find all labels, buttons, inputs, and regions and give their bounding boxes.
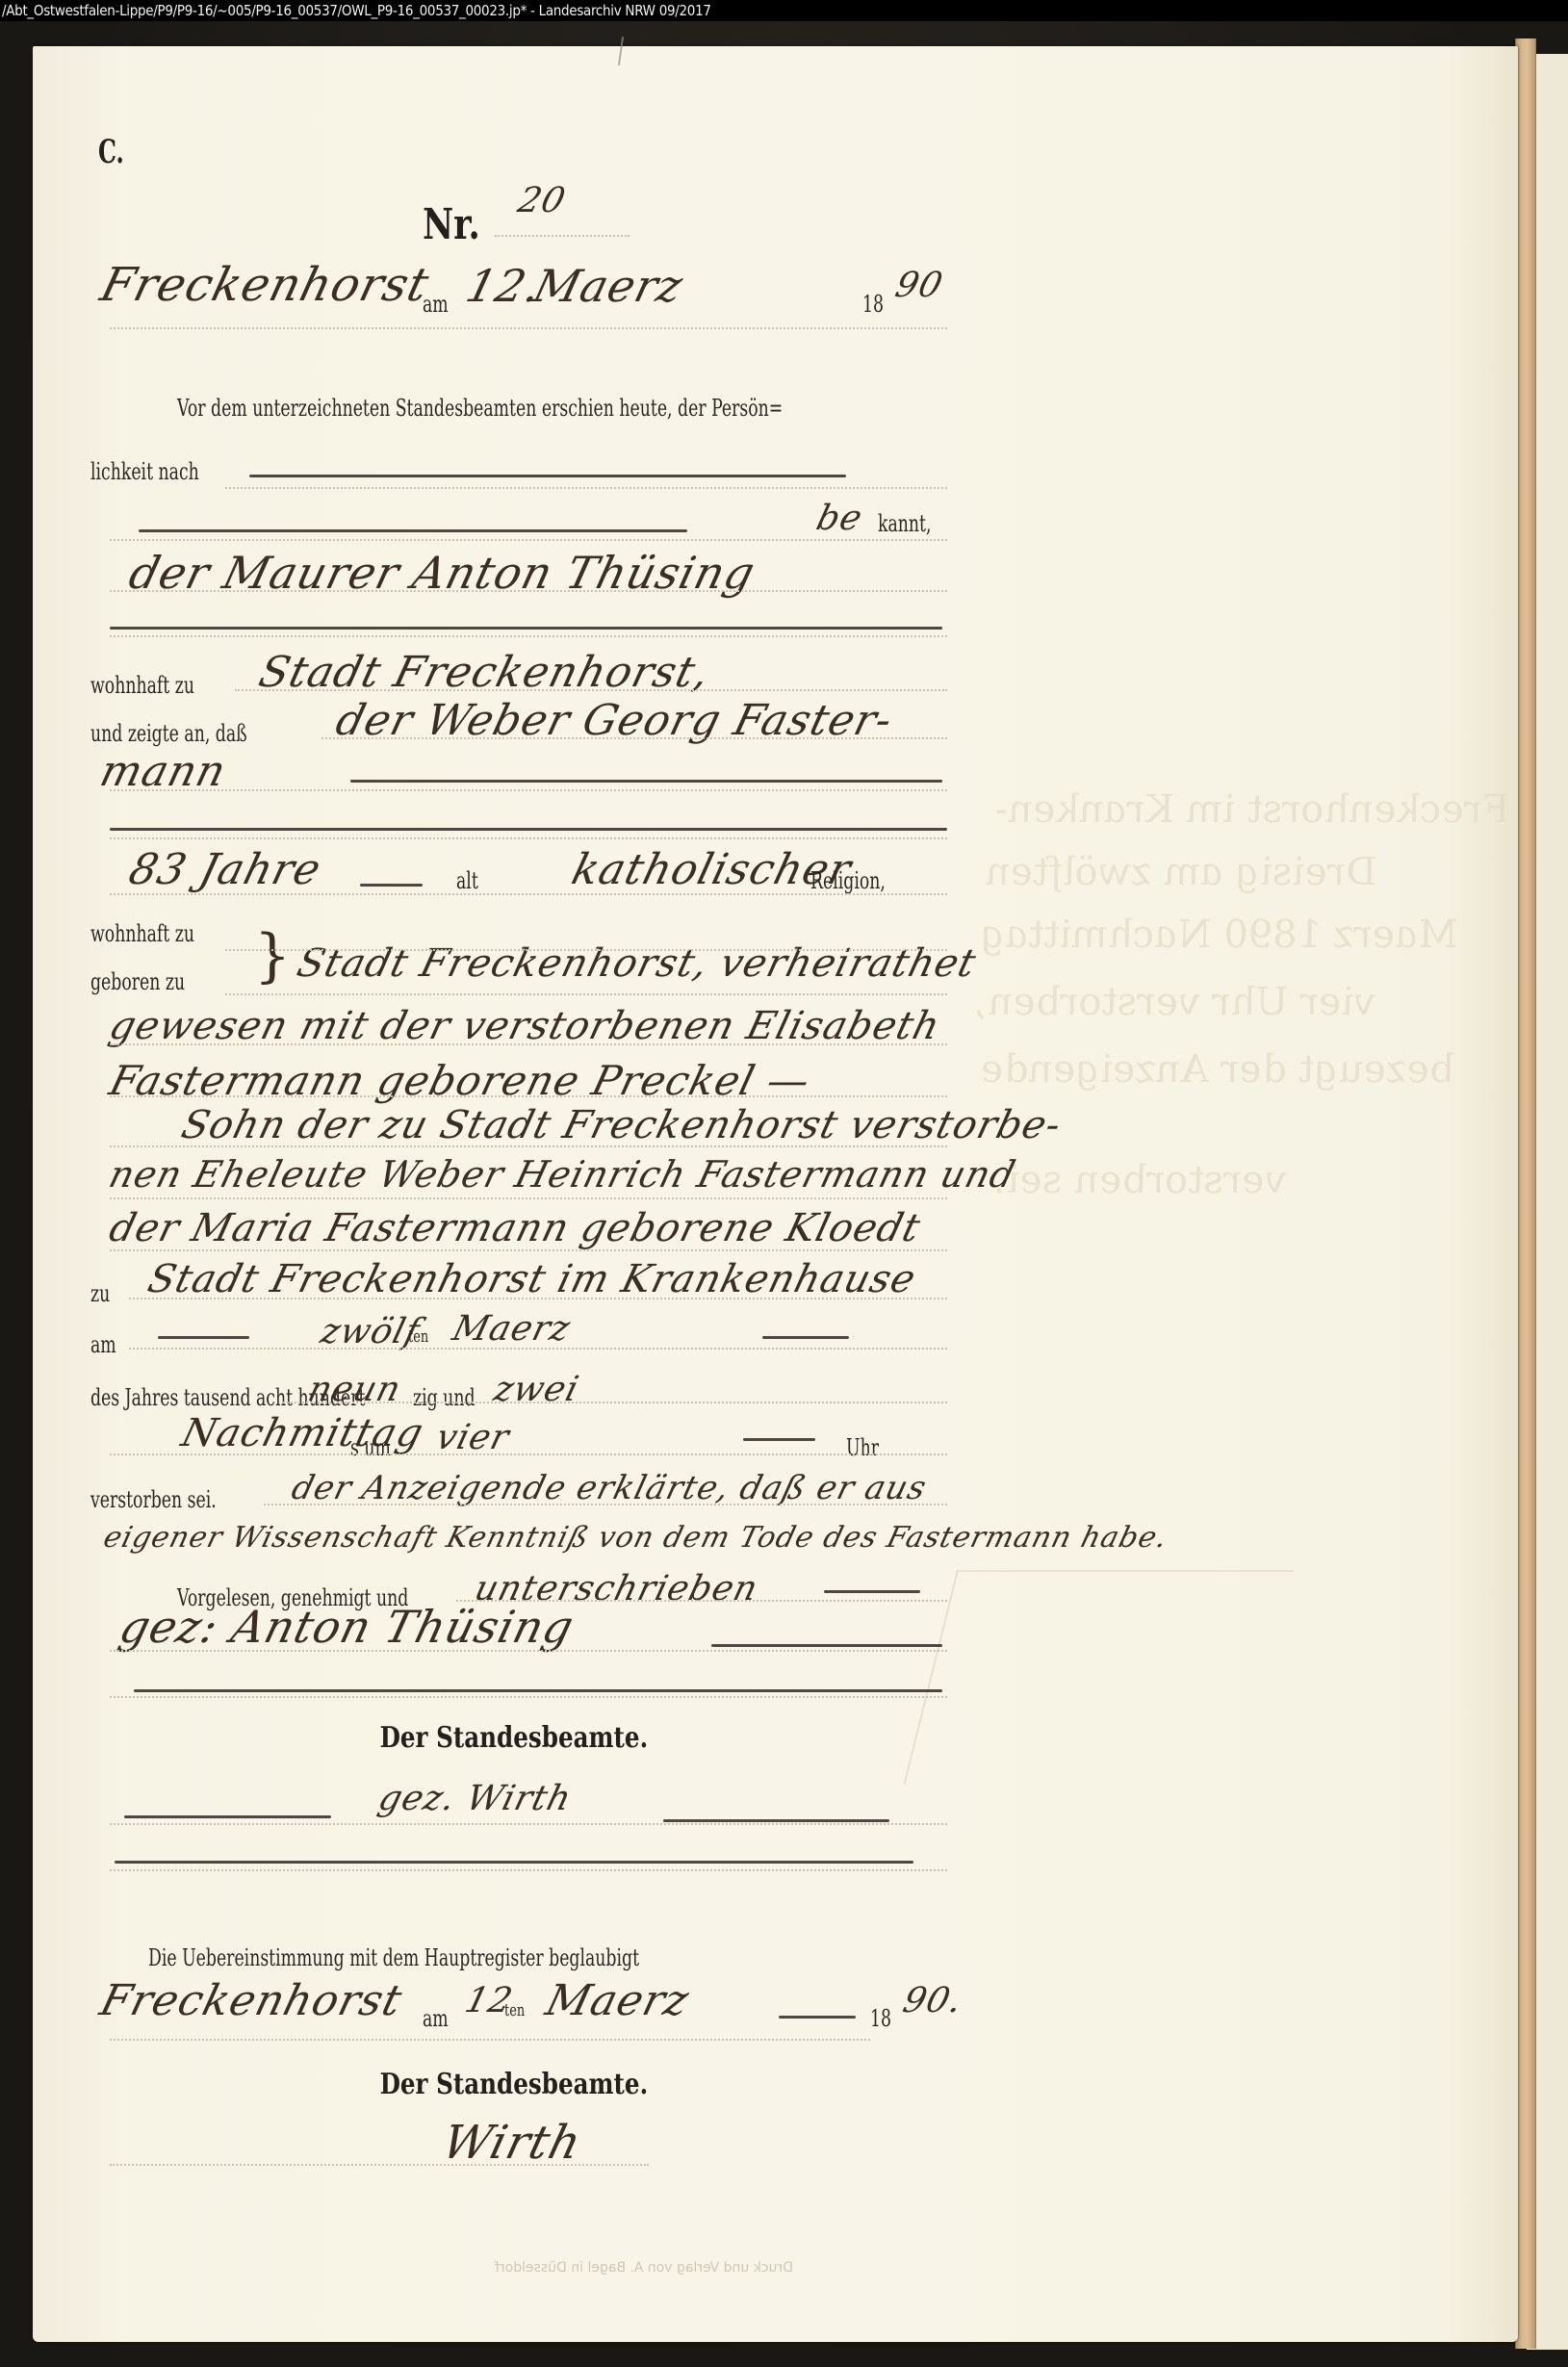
dotted-rule (225, 949, 947, 951)
dotted-rule (283, 1402, 947, 1403)
am-label: am (423, 291, 449, 318)
dotted-rule (110, 539, 947, 541)
window-title-bar: /Abt_Ostwestfalen-Lippe/P9/P9-16/~005/P9… (0, 0, 1568, 21)
uhr-label: Uhr (846, 1434, 879, 1461)
brace: } (254, 922, 292, 990)
deceased-born-label: geboren zu (90, 968, 185, 995)
window-title: /Abt_Ostwestfalen-Lippe/P9/P9-16/~005/P9… (2, 2, 711, 19)
filler-stroke (779, 2016, 856, 2019)
dotted-rule (110, 1197, 947, 1199)
remark-line-2: eigener Wissenschaft Kenntniß von dem To… (100, 1521, 1171, 1555)
certification-registrar-signature: Wirth (437, 2116, 587, 2170)
register-page: Freckenhorst im Kranken- Dreisig am zwöl… (33, 46, 1518, 2342)
death-am-label: am (90, 1331, 116, 1358)
dotted-rule (321, 737, 947, 739)
place-of-death: Stadt Freckenhorst im Krankenhause (143, 1257, 920, 1301)
filler-stroke (762, 1336, 849, 1339)
dotted-rule (129, 1298, 947, 1299)
dotted-rule (110, 1249, 947, 1251)
deceased-place: Stadt Freckenhorst, verheirathet (293, 941, 981, 986)
reported-label: und zeigte an, daß (90, 720, 247, 747)
binding-strip (1515, 39, 1536, 2349)
remark-line-1: der Anzeigende erklärte, daß er aus (288, 1469, 931, 1507)
certification-am-label: am (423, 2005, 449, 2032)
filler-stroke (115, 1861, 913, 1864)
dotted-rule (129, 1348, 947, 1350)
filler-stroke (134, 1689, 942, 1692)
bleed-through-line: vier Uhr verstorben, (971, 980, 1380, 1024)
dotted-rule (110, 1043, 947, 1045)
dotted-rule (110, 1454, 947, 1455)
dotted-rule (235, 689, 947, 691)
ten-label: ten (408, 1326, 428, 1347)
bleed-through-line: bezeugt der Anzeigende (976, 1047, 1459, 1092)
dotted-rule (110, 327, 947, 329)
dotted-rule (264, 1504, 947, 1505)
certification-ten-label: ten (504, 2000, 525, 2020)
zig-und-label: zig und (413, 1384, 476, 1411)
dotted-rule (110, 1869, 947, 1871)
informant-residence-label: wohnhaft zu (90, 672, 194, 699)
filler-stroke (124, 1815, 331, 1818)
death-hour: vier (432, 1418, 514, 1457)
bekannt-label: kannt, (878, 510, 931, 537)
persoenlichkeit-label: lichkeit nach (90, 458, 199, 485)
parents-line-1: Sohn der zu Stadt Freckenhorst verstorbe… (177, 1103, 1066, 1147)
filler-stroke (743, 1438, 815, 1441)
filler-stroke (139, 529, 687, 532)
certification-month: Maerz (541, 1976, 694, 2025)
bekannt-prefix: be (812, 499, 867, 538)
dotted-rule (110, 1095, 947, 1097)
dotted-rule (110, 1650, 947, 1652)
informant-signature: gez: Anton Thüsing (115, 1601, 579, 1653)
certification-place: Freckenhorst (95, 1976, 407, 2025)
filler-stroke (824, 1590, 920, 1593)
dotted-rule (110, 1145, 947, 1147)
certification-year: 90. (899, 1981, 966, 2020)
dotted-rule (225, 993, 947, 995)
bleed-through-line: Dreisig am zwölften (981, 850, 1381, 894)
registration-place: Freckenhorst (95, 258, 435, 312)
place-of-death-label: zu (90, 1280, 110, 1307)
intro-text: Vor dem unterzeichneten Standesbeamten e… (177, 395, 783, 422)
parents-line-2: nen Eheleute Weber Heinrich Fastermann u… (105, 1153, 1020, 1196)
dotted-rule (110, 2164, 649, 2166)
spouse-line-1: gewesen mit der verstorbenen Elisabeth (105, 1004, 945, 1048)
filler-stroke (158, 1336, 249, 1339)
year-prefix: 18 (862, 291, 884, 318)
bleed-through-line: Freckenhorst im Kranken- (990, 787, 1514, 832)
dotted-rule (110, 1823, 947, 1825)
s-um-label: s um (350, 1434, 391, 1461)
certification-registrar-title: Der Standesbeamte. (380, 2068, 649, 2101)
registrar-title: Der Standesbeamte. (380, 1721, 649, 1755)
filler-stroke (110, 627, 942, 630)
certification-year-prefix: 18 (870, 2005, 891, 2032)
printer-imprint: Druck und Verlag von A. Bagel in Düsseld… (495, 2260, 793, 2276)
registration-year: 90 (891, 266, 947, 305)
parents-line-3: der Maria Fastermann geborene Kloedt (105, 1206, 925, 1250)
age-label: alt (456, 867, 478, 894)
deceased-age: 83 Jahre (124, 845, 326, 894)
filler-stroke (110, 828, 947, 831)
filler-stroke (350, 780, 942, 783)
bleed-frame-line (957, 1570, 1294, 1572)
certification-text: Die Uebereinstimmung mit dem Hauptregist… (148, 1944, 639, 1971)
bleed-through-line: Maerz 1890 Nachmittag (976, 913, 1462, 957)
dotted-rule (225, 487, 947, 489)
death-register-form: Freckenhorst im Kranken- Dreisig am zwöl… (33, 46, 1518, 2342)
religion-label: Religion, (810, 867, 886, 894)
dotted-rule (110, 635, 947, 637)
form-letter: C. (98, 133, 124, 171)
bleed-frame-line (903, 1570, 959, 1786)
filler-stroke (663, 1819, 889, 1822)
registration-month: Maerz (528, 260, 688, 312)
death-month: Maerz (449, 1309, 575, 1349)
entry-number-label: Nr. (423, 200, 480, 249)
died-label: verstorben sei. (90, 1486, 217, 1513)
dotted-rule (110, 837, 947, 839)
dotted-rule (110, 789, 947, 791)
registrar-signature: gez. Wirth (374, 1779, 576, 1818)
dotted-rule (110, 893, 947, 895)
filler-stroke (360, 884, 423, 887)
filler-stroke (249, 475, 846, 477)
dotted-rule (110, 590, 947, 592)
deceased-residence-label: wohnhaft zu (90, 920, 194, 947)
entry-number-value: 20 (514, 181, 570, 220)
dotted-rule (495, 235, 630, 237)
filler-stroke (711, 1644, 942, 1647)
dotted-rule (110, 2039, 870, 2041)
bleed-through-line: verstorben sei. (990, 1158, 1291, 1202)
dotted-rule (110, 1696, 947, 1698)
